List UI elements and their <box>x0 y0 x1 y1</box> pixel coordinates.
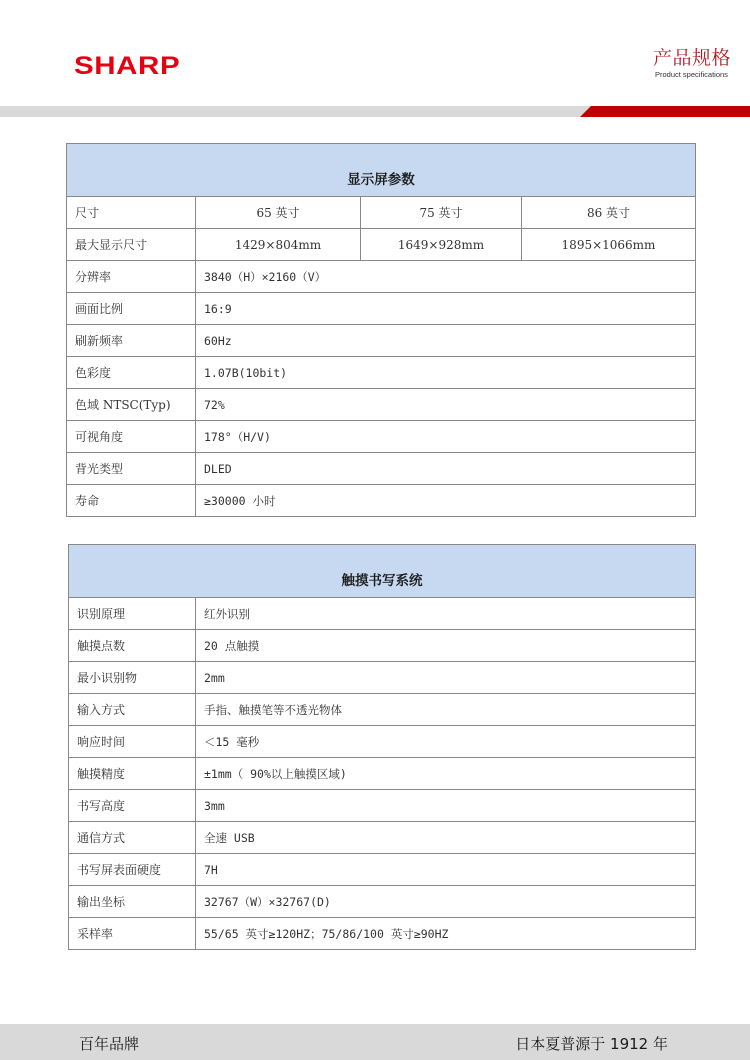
table-title-row: 显示屏参数 <box>67 144 696 197</box>
row-label: 响应时间 <box>69 726 196 758</box>
touch-table-title: 触摸书写系统 <box>69 545 696 598</box>
row-value: 55/65 英寸≥120HZ；75/86/100 英寸≥90HZ <box>196 918 696 950</box>
row-label: 最大显示尺寸 <box>67 229 196 261</box>
row-label: 寿命 <box>67 485 196 517</box>
table-row: 通信方式 全速 USB <box>69 822 696 854</box>
table-row: 刷新频率 60Hz <box>67 325 696 357</box>
table-row: 输入方式 手指、触摸笔等不透光物体 <box>69 694 696 726</box>
row-label: 色域 NTSC(Typ) <box>67 389 196 421</box>
table-row: 色彩度 1.07B(10bit) <box>67 357 696 389</box>
table-row: 输出坐标 32767（W）×32767(D) <box>69 886 696 918</box>
row-label: 通信方式 <box>69 822 196 854</box>
row-value: 3mm <box>196 790 696 822</box>
row-value: ±1mm（ 90%以上触摸区域) <box>196 758 696 790</box>
table-row: 分辨率 3840（H）×2160（V） <box>67 261 696 293</box>
table-title-row: 触摸书写系统 <box>69 545 696 598</box>
size-75: 75 英寸 <box>361 197 522 229</box>
table-row: 最大显示尺寸 1429×804mm 1649×928mm 1895×1066mm <box>67 229 696 261</box>
max-display-75: 1649×928mm <box>361 229 522 261</box>
row-value: 3840（H）×2160（V） <box>196 261 696 293</box>
row-label: 书写屏表面硬度 <box>69 854 196 886</box>
page-title: 产品规格 Product specifications <box>653 49 731 79</box>
row-value: 72% <box>196 389 696 421</box>
row-label: 识别原理 <box>69 598 196 630</box>
row-value: DLED <box>196 453 696 485</box>
footer-founding-note: 日本夏普源于 1912 年 <box>515 1033 668 1054</box>
row-value: 红外识别 <box>196 598 696 630</box>
table-row: 识别原理 红外识别 <box>69 598 696 630</box>
table-row: 可视角度 178°（H/V) <box>67 421 696 453</box>
row-value: ≥30000 小时 <box>196 485 696 517</box>
table-row: 背光类型 DLED <box>67 453 696 485</box>
row-value: 178°（H/V) <box>196 421 696 453</box>
size-86: 86 英寸 <box>522 197 696 229</box>
row-label: 尺寸 <box>67 197 196 229</box>
table-row: 最小识别物 2mm <box>69 662 696 694</box>
row-value: 全速 USB <box>196 822 696 854</box>
row-label: 画面比例 <box>67 293 196 325</box>
row-label: 最小识别物 <box>69 662 196 694</box>
size-65: 65 英寸 <box>196 197 361 229</box>
touch-specs-table: 触摸书写系统 识别原理 红外识别 触摸点数 20 点触摸 最小识别物 2mm 输… <box>68 544 696 950</box>
row-value: 手指、触摸笔等不透光物体 <box>196 694 696 726</box>
table-row: 尺寸 65 英寸 75 英寸 86 英寸 <box>67 197 696 229</box>
table-row: 触摸精度 ±1mm（ 90%以上触摸区域) <box>69 758 696 790</box>
display-table-title: 显示屏参数 <box>67 144 696 197</box>
row-value: 20 点触摸 <box>196 630 696 662</box>
row-label: 采样率 <box>69 918 196 950</box>
row-label: 触摸精度 <box>69 758 196 790</box>
row-value: 60Hz <box>196 325 696 357</box>
row-label: 触摸点数 <box>69 630 196 662</box>
page-title-cn: 产品规格 <box>653 49 731 68</box>
row-label: 输入方式 <box>69 694 196 726</box>
row-label: 输出坐标 <box>69 886 196 918</box>
max-display-86: 1895×1066mm <box>522 229 696 261</box>
row-label: 色彩度 <box>67 357 196 389</box>
table-row: 采样率 55/65 英寸≥120HZ；75/86/100 英寸≥90HZ <box>69 918 696 950</box>
row-value: 2mm <box>196 662 696 694</box>
header-accent-stripe <box>580 106 750 117</box>
row-value: 7H <box>196 854 696 886</box>
row-value: 1.07B(10bit) <box>196 357 696 389</box>
row-label: 书写高度 <box>69 790 196 822</box>
table-row: 书写屏表面硬度 7H <box>69 854 696 886</box>
row-label: 背光类型 <box>67 453 196 485</box>
row-label: 可视角度 <box>67 421 196 453</box>
table-row: 书写高度 3mm <box>69 790 696 822</box>
table-row: 画面比例 16:9 <box>67 293 696 325</box>
row-value: 32767（W）×32767(D) <box>196 886 696 918</box>
table-row: 色域 NTSC(Typ) 72% <box>67 389 696 421</box>
row-value: 16:9 <box>196 293 696 325</box>
sharp-logo: SHARP <box>74 54 180 79</box>
footer-slogan: 百年品牌 <box>79 1033 139 1054</box>
row-value: ＜15 毫秒 <box>196 726 696 758</box>
max-display-65: 1429×804mm <box>196 229 361 261</box>
row-label: 分辨率 <box>67 261 196 293</box>
table-row: 触摸点数 20 点触摸 <box>69 630 696 662</box>
table-row: 响应时间 ＜15 毫秒 <box>69 726 696 758</box>
table-row: 寿命 ≥30000 小时 <box>67 485 696 517</box>
page-title-en: Product specifications <box>655 71 731 79</box>
row-label: 刷新频率 <box>67 325 196 357</box>
display-specs-table: 显示屏参数 尺寸 65 英寸 75 英寸 86 英寸 最大显示尺寸 1429×8… <box>66 143 696 517</box>
